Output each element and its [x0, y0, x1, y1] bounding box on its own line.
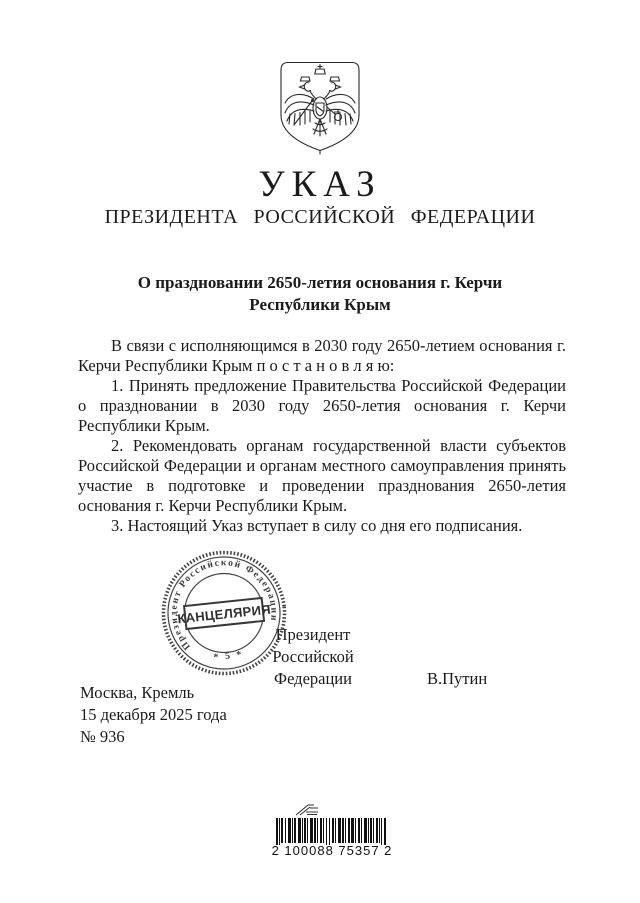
issuance-date: 15 декабря 2025 года: [80, 704, 227, 726]
russian-coat-of-arms-icon: [272, 57, 368, 157]
paragraph-preamble: В связи с исполняющимся в 2030 году 2650…: [78, 336, 566, 376]
printing-house-mark-icon: [266, 803, 398, 818]
issuance-place: Москва, Кремль: [80, 682, 227, 704]
issuance-block: Москва, Кремль 15 декабря 2025 года № 93…: [80, 682, 227, 748]
decree-page: УКАЗ ПРЕЗИДЕНТА РОССИЙСКОЙ ФЕДЕРАЦИИ О п…: [0, 0, 640, 903]
decree-number: № 936: [80, 726, 227, 748]
paragraph-item-3: 3. Настоящий Указ вступает в силу со дня…: [78, 516, 566, 536]
signer-name: В.Путин: [427, 668, 487, 690]
subject-line-2: Республики Крым: [70, 294, 570, 316]
barcode-digits: 2 100088 75357 2: [266, 843, 398, 858]
paragraph-item-2: 2. Рекомендовать органам государственной…: [78, 436, 566, 516]
subject-line-1: О праздновании 2650-летия основания г. К…: [70, 272, 570, 294]
document-subtitle: ПРЕЗИДЕНТА РОССИЙСКОЙ ФЕДЕРАЦИИ: [0, 206, 640, 229]
paragraph-item-1: 1. Принять предложение Правительства Рос…: [78, 376, 566, 436]
chancellery-round-stamp-icon: Президент Российской Федерации КАНЦЕЛЯРИ…: [154, 543, 295, 684]
decree-subject: О праздновании 2650-летия основания г. К…: [70, 272, 570, 316]
barcode-bars: [266, 818, 398, 845]
document-title: УКАЗ: [0, 163, 640, 206]
stamp-bottom-text: * 5 *: [213, 649, 244, 663]
decree-body: В связи с исполняющимся в 2030 году 2650…: [78, 336, 566, 536]
barcode-block: 2 100088 75357 2: [266, 803, 398, 858]
